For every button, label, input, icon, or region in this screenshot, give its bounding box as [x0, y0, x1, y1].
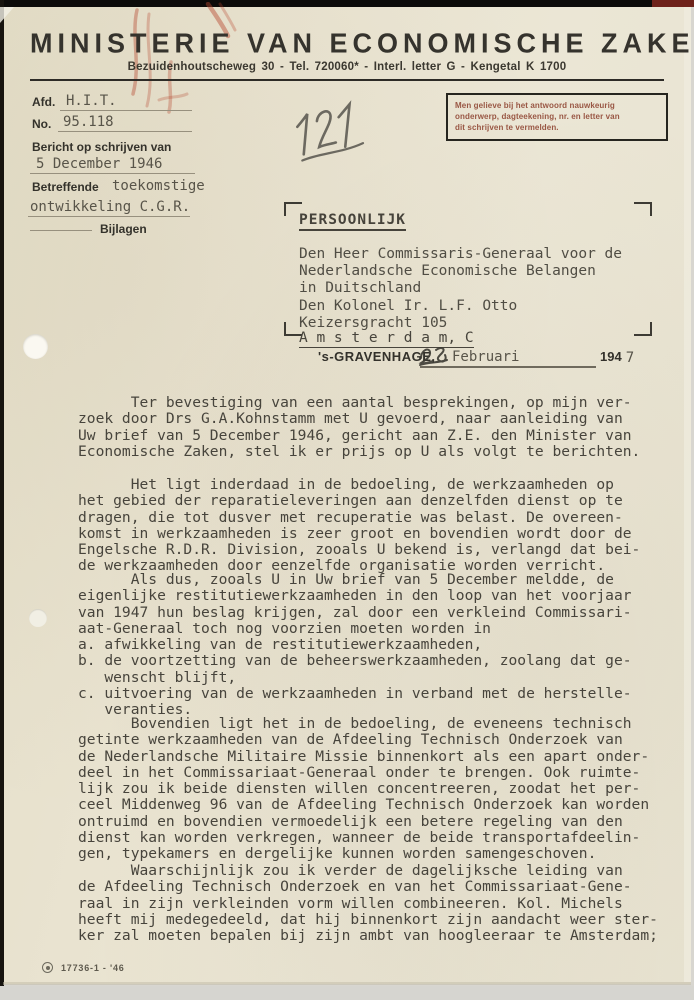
- handwritten-day: [416, 342, 452, 370]
- scan-left-edge: [0, 0, 4, 986]
- dateline-year: 1947: [600, 349, 634, 365]
- paper-bottom-shadow: [3, 982, 691, 985]
- no-underline: [58, 131, 192, 132]
- ministry-address-line: Bezuidenhoutscheweg 30 - Tel. 720060* - …: [30, 61, 664, 73]
- notice-line-3: dit schrijven te vermelden.: [455, 122, 659, 133]
- bijlagen-line: [30, 230, 92, 231]
- betreffende-underline: [28, 216, 190, 217]
- bericht-value: 5 December 1946: [36, 156, 162, 172]
- dateline-month: Februari: [452, 349, 519, 365]
- paragraph-2: Het ligt inderdaad in de bedoeling, de w…: [78, 477, 640, 575]
- paper-right-edge: [684, 7, 691, 982]
- scan-bottom-edge: [0, 986, 694, 1000]
- betreffende-value-line1: toekomstige: [112, 178, 205, 194]
- recipient-address: Den Heer Commissaris-Generaal voor de Ne…: [299, 246, 622, 332]
- scanned-letter-page: { "header": { "title": "MINISTERIE VAN E…: [0, 0, 694, 1000]
- no-value: 95.118: [63, 114, 114, 130]
- address-crop-mark-br: [634, 322, 652, 336]
- year-typed-digit: 7: [626, 350, 634, 366]
- paragraph-1: Ter bevestiging van een aantal besprekin…: [78, 395, 640, 460]
- ministry-title: MINISTERIE VAN ECONOMISCHE ZAKEN: [30, 28, 664, 60]
- masthead-divider-rule: [30, 79, 664, 81]
- punch-hole-bottom: [29, 609, 47, 627]
- bericht-underline: [30, 173, 195, 174]
- betreffende-label: Betreffende: [32, 180, 99, 194]
- handwritten-number-121: [285, 98, 374, 167]
- bericht-label: Bericht op schrijven van: [32, 140, 171, 154]
- print-code: 17736-1 - '46: [61, 963, 125, 973]
- reply-notice-box: Men gelieve bij het antwoord nauwkeurig …: [446, 93, 668, 141]
- address-crop-mark-tr: [634, 202, 652, 216]
- afd-label: Afd.: [32, 95, 55, 109]
- betreffende-value-line2: ontwikkeling C.G.R.: [30, 199, 190, 215]
- notice-line-2: onderwerp, dagteekening, nr. en letter v…: [455, 111, 659, 122]
- printer-emblem-dot: [46, 966, 50, 970]
- paragraph-5: Waarschijnlijk zou ik verder de dagelijk…: [78, 863, 658, 944]
- confidential-marking: PERSOONLIJK: [299, 212, 406, 231]
- scan-top-edge-red-mark: [652, 0, 694, 7]
- paper-corner-fold: [0, 7, 14, 23]
- notice-line-1: Men gelieve bij het antwoord nauwkeurig: [455, 100, 659, 111]
- no-label: No.: [32, 117, 51, 131]
- afd-value: H.I.T.: [66, 93, 117, 109]
- year-printed: 194: [600, 349, 622, 364]
- paragraph-3: Als dus, zooals U in Uw brief van 5 Dece…: [78, 572, 632, 719]
- bijlagen-label: Bijlagen: [100, 222, 147, 236]
- punch-hole-top: [23, 334, 48, 359]
- afd-underline: [60, 110, 192, 111]
- paragraph-4: Bovendien ligt het in de bedoeling, de e…: [78, 716, 649, 863]
